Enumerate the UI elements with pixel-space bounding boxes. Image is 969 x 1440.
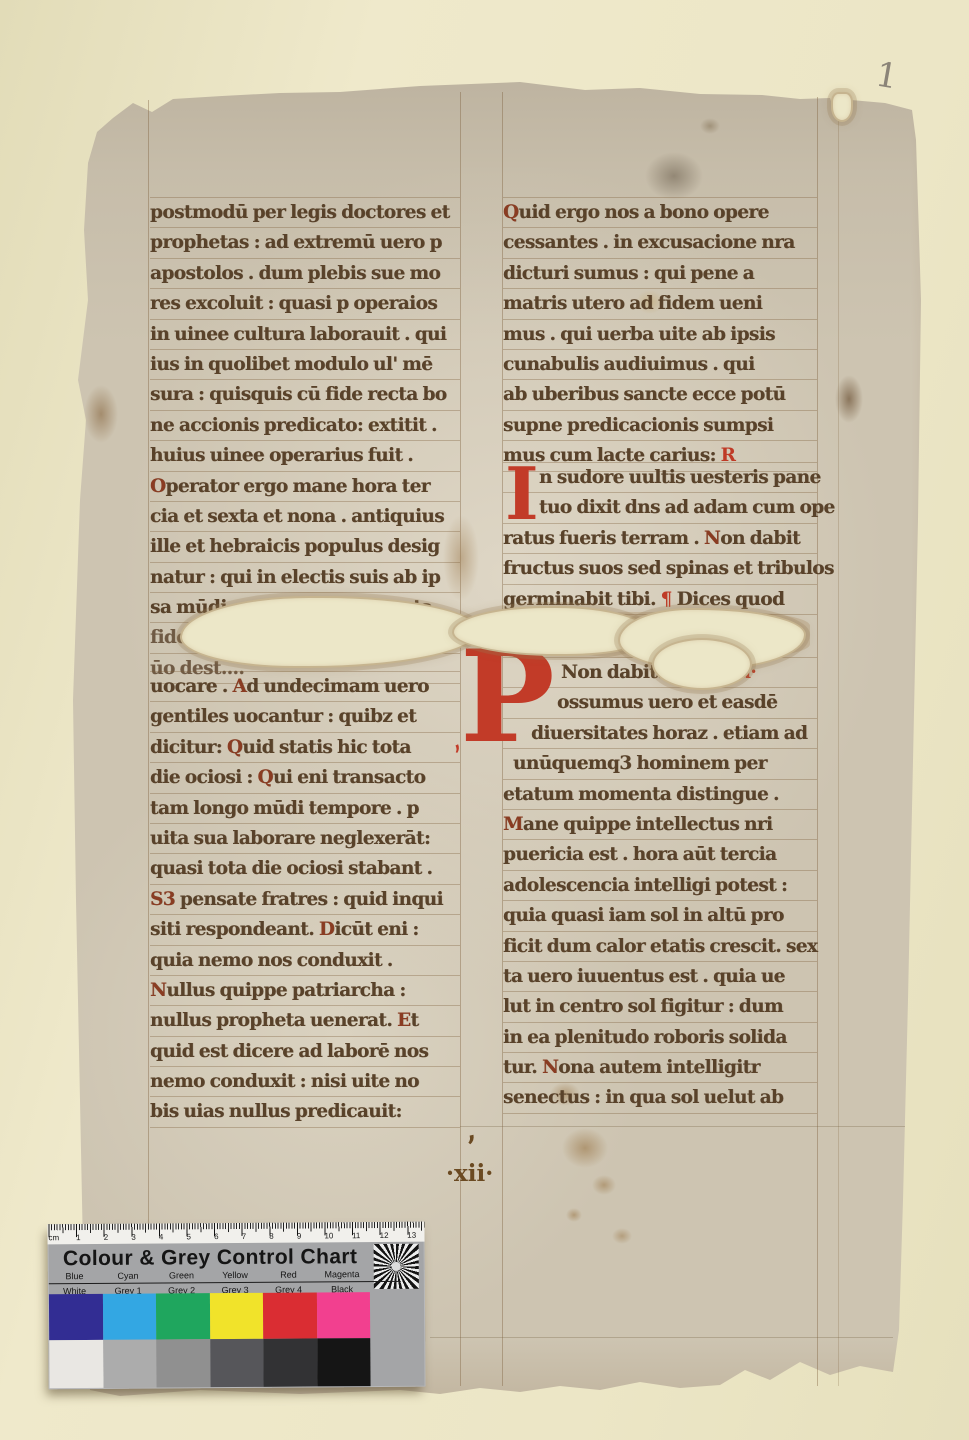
ruler-number: 7 <box>242 1232 270 1241</box>
rubricated-initial-i: I <box>505 458 539 530</box>
stain <box>592 1175 616 1195</box>
ruler-number: 6 <box>214 1232 242 1241</box>
manuscript-line: dicitur: Quid statis hic tota <box>150 733 460 763</box>
ruler-number: 12 <box>380 1231 408 1240</box>
manuscript-line: Operator ergo mane hora ter <box>150 472 460 502</box>
rubric-text: ¶ <box>661 589 672 610</box>
grey-patch <box>103 1340 157 1388</box>
ink-text: t <box>411 1010 419 1031</box>
red-touched-capital: E <box>397 1010 411 1031</box>
ruling-line-vertical <box>838 100 839 1386</box>
red-touched-capital: Q <box>227 737 243 758</box>
color-label: Blue <box>48 1271 102 1281</box>
red-touched-capital: N <box>150 980 166 1001</box>
ink-text: d undecimam uero <box>246 676 429 697</box>
quire-signature: ·xii· <box>446 1160 493 1187</box>
ruler-numbers: cm12345678910111213 <box>48 1231 434 1243</box>
red-touched-capital: O <box>150 476 166 497</box>
manuscript-line: sura : quisquis cū fide recta bo <box>150 380 460 410</box>
manuscript-line: ille et hebraicis populus desig <box>150 532 460 562</box>
ink-text: on dabit <box>720 528 800 549</box>
grey-patch <box>210 1339 264 1387</box>
manuscript-line: Mane quippe intellectus nri <box>503 810 817 840</box>
manuscript-line: tur. Nona autem intelligitr <box>503 1053 817 1083</box>
ink-text: ona autem intelligitr <box>558 1057 760 1078</box>
stain <box>566 1208 582 1222</box>
ruling-line-vertical <box>817 97 818 1386</box>
manuscript-line: ficit dum calor etatis crescit. sex <box>503 932 817 962</box>
crease-line <box>460 1126 905 1127</box>
color-patch-row <box>49 1292 370 1340</box>
color-patch <box>316 1292 370 1338</box>
red-touched-capital: S3 <box>150 889 175 910</box>
stain <box>84 385 118 443</box>
manuscript-line: fructus suos sed spinas et tribulos <box>503 554 817 584</box>
red-touched-capital: D <box>319 919 334 940</box>
manuscript-line: supne predicacionis sumpsi <box>503 411 817 441</box>
ink-text: nullus propheta uenerat. <box>150 1010 397 1031</box>
chart-title: Colour & Grey Control Chart <box>54 1245 367 1271</box>
stain <box>612 1228 632 1244</box>
red-touched-capital: Q <box>503 202 519 223</box>
manuscript-line: cessantes . in excusacione nra <box>503 228 817 258</box>
color-patch <box>102 1294 156 1340</box>
manuscript-line: cia et sexta et nona . antiquius <box>150 502 460 532</box>
ink-text: perator ergo mane hora ter <box>166 476 430 497</box>
manuscript-line: prophetas : ad extremū uero p <box>150 228 460 258</box>
crease-line <box>430 1337 893 1338</box>
manuscript-line: in ea plenitudo roboris solida <box>503 1023 817 1053</box>
manuscript-line: siti respondeant. Dicūt eni : <box>150 915 460 945</box>
manuscript-line: ta uero iuuentus est . quia ue <box>503 962 817 992</box>
text-column-left-lower: uocare . Ad undecimam uerogentiles uocan… <box>150 671 460 1128</box>
manuscript-line: quid est dicere ad laborē nos <box>150 1037 460 1067</box>
ruler: cm12345678910111213 <box>47 1222 424 1245</box>
ink-text: ullus quippe patriarcha : <box>166 980 405 1001</box>
manuscript-line: n sudore uultis uesteris pane <box>503 463 817 493</box>
manuscript-line: die ociosi : Qui eni transacto <box>150 763 460 793</box>
ink-text: ane quippe intellectus nri <box>523 814 773 835</box>
ink-text: tur. <box>503 1057 542 1078</box>
ruler-number: 9 <box>297 1231 325 1240</box>
ruler-number: cm <box>48 1233 76 1242</box>
manuscript-line: matris utero ad fidem ueni <box>503 289 817 319</box>
ink-text: die ociosi : <box>150 767 258 788</box>
ruler-number: 4 <box>159 1232 187 1241</box>
red-touched-capital: N <box>704 528 720 549</box>
manuscript-line: nemo conduxit : nisi uite no <box>150 1067 460 1097</box>
ruler-number: 8 <box>269 1232 297 1241</box>
color-label: Magenta <box>315 1269 369 1279</box>
photo-backdrop: postmodū per legis doctores etprophetas … <box>0 0 969 1440</box>
manuscript-line: S3 pensate fratres : quid inqui <box>150 885 460 915</box>
manuscript-line: ab uberibus sancte ecce potū <box>503 380 817 410</box>
red-touched-capital: N <box>542 1057 558 1078</box>
manuscript-line: uita sua laborare neglexerāt: <box>150 824 460 854</box>
manuscript-line: natur : qui in electis suis ab ip <box>150 563 460 593</box>
parchment-edge-tear <box>831 92 853 122</box>
parchment-hole <box>652 638 752 690</box>
manuscript-line: Nullus quippe patriarcha : <box>150 976 460 1006</box>
manuscript-line: senectus : in qua sol uelut ab <box>503 1083 817 1113</box>
text-column-right-insudore: n sudore uultis uesteris panetuo dixit d… <box>503 462 817 615</box>
ruler-number: 13 <box>407 1231 435 1240</box>
red-touched-capital: A <box>232 676 246 697</box>
manuscript-line: huius uinee operarius fuit . <box>150 441 460 471</box>
color-patch <box>49 1294 103 1340</box>
manuscript-line: lut in centro sol figitur : dum <box>503 992 817 1022</box>
ink-text: siti respondeant. <box>150 919 319 940</box>
grey-patch <box>49 1340 103 1388</box>
control-chart: cm12345678910111213 Colour & Grey Contro… <box>47 1222 425 1390</box>
manuscript-line: gentiles uocantur : quibz et <box>150 702 460 732</box>
manuscript-line: uocare . Ad undecimam uero <box>150 672 460 702</box>
ink-text: pensate fratres : quid inqui <box>175 889 443 910</box>
color-patch <box>156 1293 210 1339</box>
ink-text: icūt eni : <box>334 919 418 940</box>
manuscript-line: ne accionis predicato: extitit . <box>150 411 460 441</box>
text-column-right-upper: Quid ergo nos a bono operecessantes . in… <box>503 197 817 472</box>
ink-text: uocare . <box>150 676 232 697</box>
rubricated-initial-p: P <box>460 640 555 756</box>
ruler-number: 11 <box>352 1231 380 1240</box>
manuscript-line: etatum momenta distingue . <box>503 780 817 810</box>
grey-patch <box>156 1339 210 1387</box>
manuscript-line: puericia est . hora aūt tercia <box>503 840 817 870</box>
manuscript-line: nullus propheta uenerat. Et <box>150 1006 460 1036</box>
ink-text: Dices quod <box>672 589 784 610</box>
ruler-number: 10 <box>324 1231 352 1240</box>
ink-text: dicitur: <box>150 737 227 758</box>
manuscript-line: postmodū per legis doctores et <box>150 198 460 228</box>
ruling-line-vertical <box>148 100 149 1386</box>
siemens-star-icon <box>374 1244 419 1289</box>
manuscript-line: ius in quolibet modulo ul' mē <box>150 350 460 380</box>
manuscript-line: dicturi sumus : qui pene a <box>503 259 817 289</box>
color-label-row: BlueCyanGreenYellowRedMagenta <box>48 1269 369 1281</box>
grey-patch <box>263 1338 317 1386</box>
ruler-number: 2 <box>104 1233 132 1242</box>
stain <box>700 118 720 134</box>
manuscript-line: in uinee cultura laborauit . qui <box>150 320 460 350</box>
ruler-number: 3 <box>131 1233 159 1242</box>
color-label: Cyan <box>101 1271 155 1281</box>
manuscript-line: apostolos . dum plebis sue mo <box>150 259 460 289</box>
ruler-number: 5 <box>186 1232 214 1241</box>
red-touched-capital: Q <box>258 767 274 788</box>
stain <box>562 1128 608 1168</box>
color-label: Green <box>155 1270 209 1280</box>
manuscript-line: adolescencia intelligi potest : <box>503 871 817 901</box>
color-label: Yellow <box>208 1270 262 1280</box>
manuscript-line: ratus fueris terram . Non dabit <box>503 524 817 554</box>
red-touched-capital: M <box>503 814 523 835</box>
color-label: Red <box>262 1269 316 1279</box>
stain <box>645 152 703 200</box>
grey-patch <box>317 1338 371 1386</box>
ink-text: uid statis hic tota <box>242 737 410 758</box>
manuscript-line: Quid ergo nos a bono opere <box>503 198 817 228</box>
color-patch <box>209 1293 263 1339</box>
ruler-number: 1 <box>76 1233 104 1242</box>
stain <box>835 375 863 423</box>
manuscript-line: tuo dixit dns ad adam cum ope <box>503 493 817 523</box>
manuscript-line: quia nemo nos conduxit . <box>150 946 460 976</box>
color-patch <box>263 1292 317 1338</box>
manuscript-line: mus . qui uerba uite ab ipsis <box>503 320 817 350</box>
manuscript-line: tam longo mūdi tempore . p <box>150 794 460 824</box>
manuscript-line: quasi tota die ociosi stabant . <box>150 854 460 884</box>
manuscript-line: quia quasi iam sol in altū pro <box>503 901 817 931</box>
manuscript-line: res excoluit : quasi p operaios <box>150 289 460 319</box>
grey-patch-row <box>49 1338 370 1388</box>
ink-text: uid ergo nos a bono opere <box>519 202 769 223</box>
ink-text: ui eni transacto <box>273 767 425 788</box>
manuscript-line: cunabulis audiuimus . qui <box>503 350 817 380</box>
folio-number-pencil: 1 <box>873 54 901 97</box>
manuscript-line: bis uias nullus predicauit: <box>150 1097 460 1127</box>
